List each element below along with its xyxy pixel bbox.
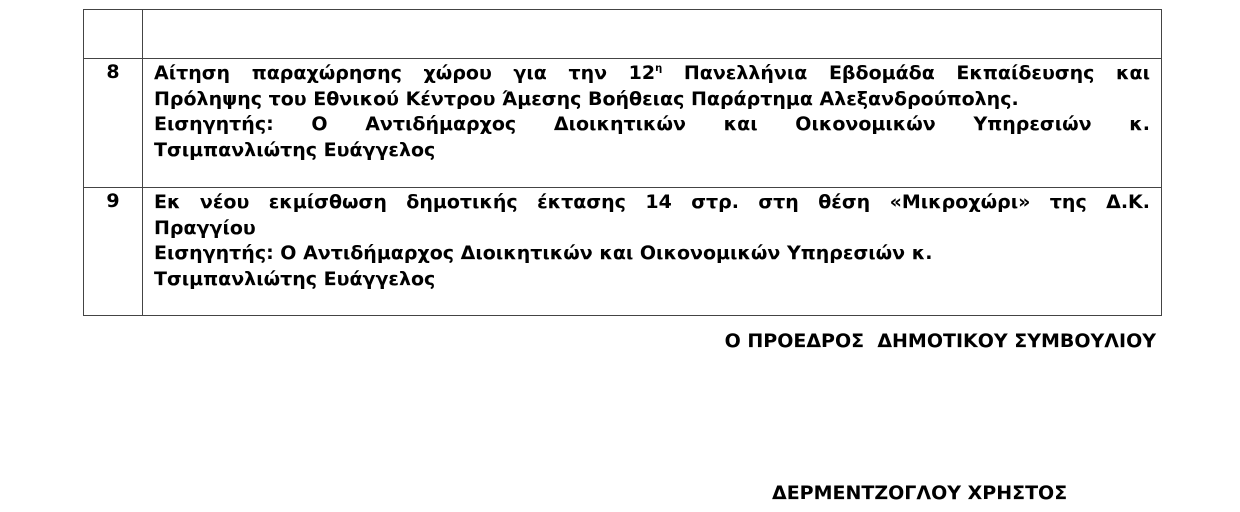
item-text [143,10,1162,59]
item-number [84,10,143,59]
subject-line: Πραγγίου [154,216,1150,242]
rapporteur-line: Εισηγητής: Ο Αντιδήμαρχος Διοικητικών κα… [154,112,1150,138]
subject-line: Πρόληψης του Εθνικού Κέντρου Άμεσης Βοήθ… [154,87,1150,113]
rapporteur-name: Τσιμπανλιώτης Ευάγγελος [154,138,1150,164]
item-text: Εκ νέου εκμίσθωση δημοτικής έκτασης 14 σ… [143,188,1162,316]
subject-line: Αίτηση παραχώρησης χώρου για την 12η Παν… [154,61,1150,87]
signature-name: ΔΕΡΜΕΝΤΖΟΓΛΟΥ ΧΡΗΣΤΟΣ [772,482,1067,504]
agenda-table: 8 Αίτηση παραχώρησης χώρου για την 12η Π… [83,9,1162,316]
subject-text: Αίτηση παραχώρησης χώρου για την 12 [154,62,655,84]
item-text: Αίτηση παραχώρησης χώρου για την 12η Παν… [143,59,1162,188]
table-row [84,10,1162,59]
item-number: 8 [84,59,143,188]
signature-title: Ο ΠΡΟΕΔΡΟΣ ΔΗΜΟΤΙΚΟΥ ΣΥΜΒΟΥΛΙΟΥ [725,330,1156,352]
table-row: 9 Εκ νέου εκμίσθωση δημοτικής έκτασης 14… [84,188,1162,316]
item-number: 9 [84,188,143,316]
rapporteur-line: Εισηγητής: Ο Αντιδήμαρχος Διοικητικών κα… [154,241,1150,267]
rapporteur-name: Τσιμπανλιώτης Ευάγγελος [154,267,1150,293]
table-row: 8 Αίτηση παραχώρησης χώρου για την 12η Π… [84,59,1162,188]
subject-text: Πανελλήνια Εβδομάδα Εκπαίδευσης και [662,62,1150,84]
subject-line: Εκ νέου εκμίσθωση δημοτικής έκτασης 14 σ… [154,190,1150,216]
